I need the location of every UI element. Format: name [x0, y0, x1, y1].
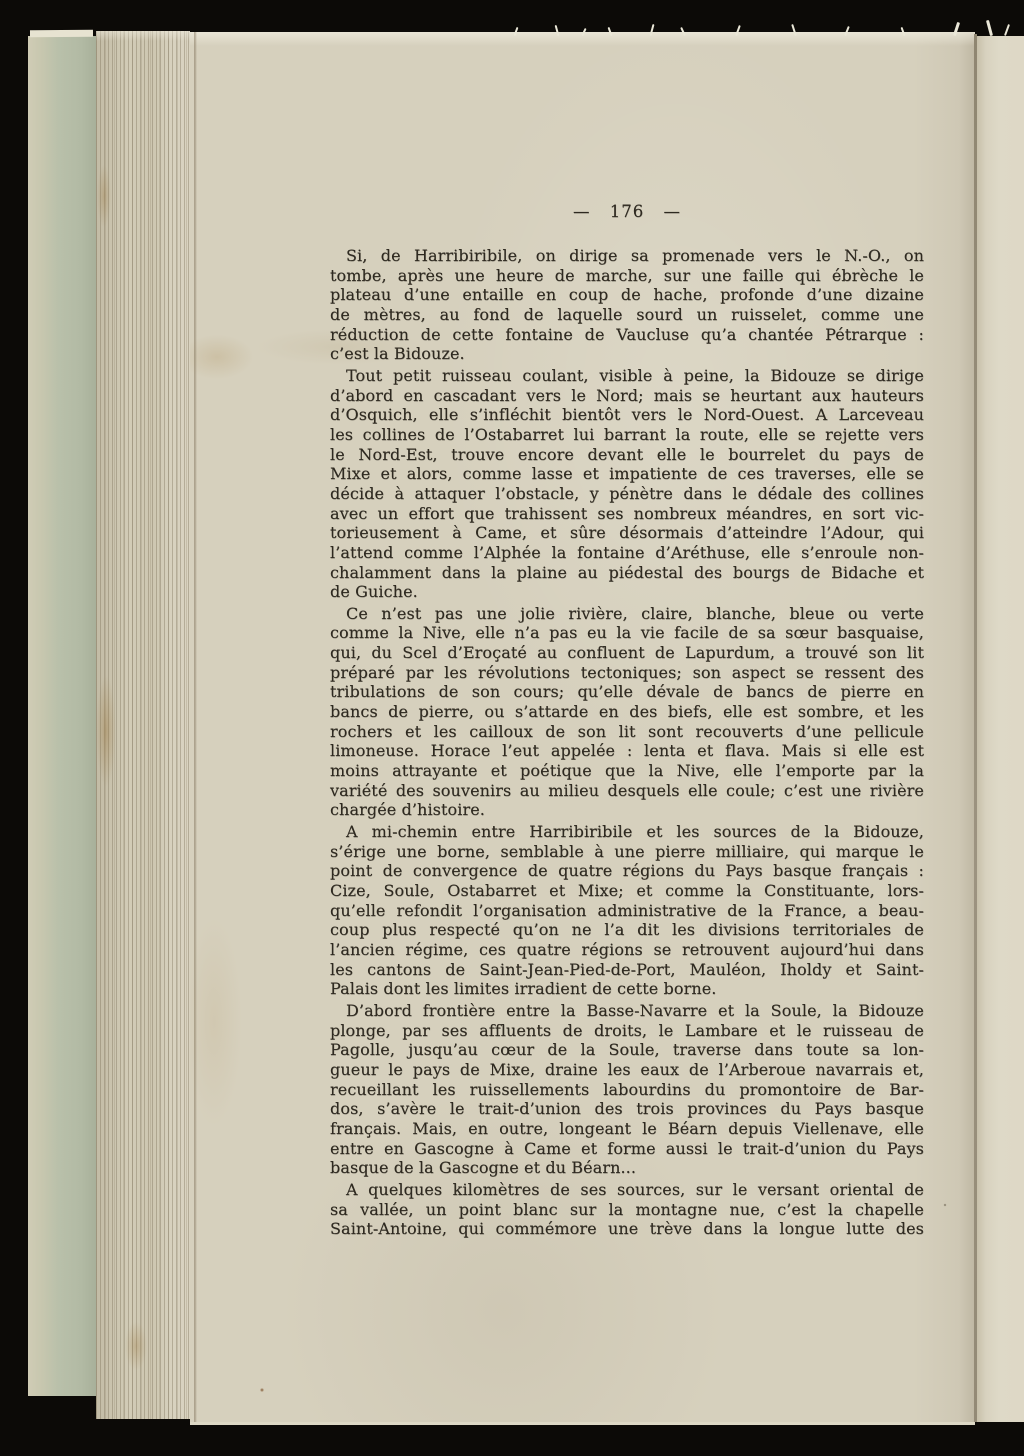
text-line: préparé par les révolutions tectoniques;… — [330, 663, 924, 683]
text-line: entre en Gascogne à Came et forme aussi … — [330, 1139, 924, 1159]
text-line: réduction de cette fontaine de Vaucluse … — [330, 325, 924, 345]
text-line: tombe, après une heure de marche, sur un… — [330, 266, 924, 286]
text-line: avec un effort que trahissent ses nombre… — [330, 504, 924, 524]
text-line: bancs de pierre, ou s’attarde en des bie… — [330, 702, 924, 722]
book-scan: — 176 — Si, de Harribiribile, on dirige … — [0, 0, 1024, 1456]
paragraph: A quelques kilomètres de ses sources, su… — [330, 1180, 924, 1239]
text-line: basque de la Gascogne et du Béarn... — [330, 1158, 924, 1178]
text-line: qui, du Scel d’Eroçaté au confluent de L… — [330, 643, 924, 663]
text-line: le Nord-Est, trouve encore devant elle l… — [330, 445, 924, 465]
paragraph: D’abord frontière entre la Basse-Navarre… — [330, 1001, 924, 1178]
text-line: Mixe et alors, comme lasse et impatiente… — [330, 464, 924, 484]
text-line: Ce n’est pas une jolie rivière, claire, … — [330, 604, 924, 624]
text-line: plateau d’une entaille en coup de hache,… — [330, 285, 924, 305]
text-line: décide à attaquer l’obstacle, y pénètre … — [330, 484, 924, 504]
page-text-body: Si, de Harribiribile, on dirige sa prome… — [330, 246, 924, 1239]
text-line: variété des souvenirs au milieu desquels… — [330, 781, 924, 801]
paragraph: Si, de Harribiribile, on dirige sa prome… — [330, 246, 924, 364]
text-line: coup plus respecté qu’on ne l’a dit les … — [330, 920, 924, 940]
text-line: chalamment dans la plaine au piédestal d… — [330, 563, 924, 583]
text-line: recueillant les ruissellements labourdin… — [330, 1080, 924, 1100]
text-line: D’abord frontière entre la Basse-Navarre… — [330, 1001, 924, 1021]
text-line: limoneuse. Horace l’eut appelée : lenta … — [330, 741, 924, 761]
text-line: de Guiche. — [330, 582, 924, 602]
text-line: dos, s’avère le trait-d’union des trois … — [330, 1099, 924, 1119]
text-line: moins attrayante et poétique que la Nive… — [330, 761, 924, 781]
text-line: A quelques kilomètres de ses sources, su… — [330, 1180, 924, 1200]
text-line: les cantons de Saint-Jean-Pied-de-Port, … — [330, 960, 924, 980]
text-line: Si, de Harribiribile, on dirige sa prome… — [330, 246, 924, 266]
text-line: gueur le pays de Mixe, draine les eaux d… — [330, 1060, 924, 1080]
text-line: tribulations de son cours; qu’elle déval… — [330, 682, 924, 702]
text-line: plonge, par ses affluents de droits, le … — [330, 1021, 924, 1041]
text-line: les collines de l’Ostabarret lui barrant… — [330, 425, 924, 445]
text-line: s’érige une borne, semblable à une pierr… — [330, 842, 924, 862]
page-number: — 176 — — [330, 202, 924, 222]
text-line: comme la Nive, elle n’a pas eu la vie fa… — [330, 623, 924, 643]
text-line: Saint-Antoine, qui commémore une trève d… — [330, 1219, 924, 1239]
next-page-edge — [977, 36, 1024, 1422]
page-text-column: — 176 — Si, de Harribiribile, on dirige … — [330, 202, 924, 1239]
text-line: Tout petit ruisseau coulant, visible à p… — [330, 366, 924, 386]
text-line: l’ancien régime, ces quatre régions se r… — [330, 940, 924, 960]
text-line: de mètres, au fond de laquelle sourd un … — [330, 305, 924, 325]
text-line: c’est la Bidouze. — [330, 344, 924, 364]
text-line: français. Mais, en outre, longeant le Bé… — [330, 1119, 924, 1139]
text-line: sa vallée, un point blanc sur la montagn… — [330, 1200, 924, 1220]
text-line: d’Osquich, elle s’infléchit bientôt vers… — [330, 405, 924, 425]
text-line: qu’elle refondit l’organisation administ… — [330, 901, 924, 921]
text-line: Pagolle, jusqu’au cœur de la Soule, trav… — [330, 1040, 924, 1060]
page-edge-stack — [96, 31, 190, 1419]
text-line: point de convergence de quatre régions d… — [330, 861, 924, 881]
text-line: l’attend comme l’Alphée la fontaine d’Ar… — [330, 543, 924, 563]
text-line: A mi-chemin entre Harribiribile et les s… — [330, 822, 924, 842]
book-cover-edge — [28, 36, 96, 1396]
text-line: Cize, Soule, Ostabarret et Mixe; et comm… — [330, 881, 924, 901]
text-line: d’abord en cascadant vers le Nord; mais … — [330, 386, 924, 406]
paragraph: A mi-chemin entre Harribiribile et les s… — [330, 822, 924, 999]
text-line: rochers et les cailloux de son lit sont … — [330, 722, 924, 742]
text-line: torieusement à Came, et sûre désormais d… — [330, 523, 924, 543]
paragraph: Ce n’est pas une jolie rivière, claire, … — [330, 604, 924, 820]
text-line: Palais dont les limites irradient de cet… — [330, 979, 924, 999]
paragraph: Tout petit ruisseau coulant, visible à p… — [330, 366, 924, 602]
book-page: — 176 — Si, de Harribiribile, on dirige … — [190, 32, 975, 1422]
text-line: chargée d’histoire. — [330, 800, 924, 820]
